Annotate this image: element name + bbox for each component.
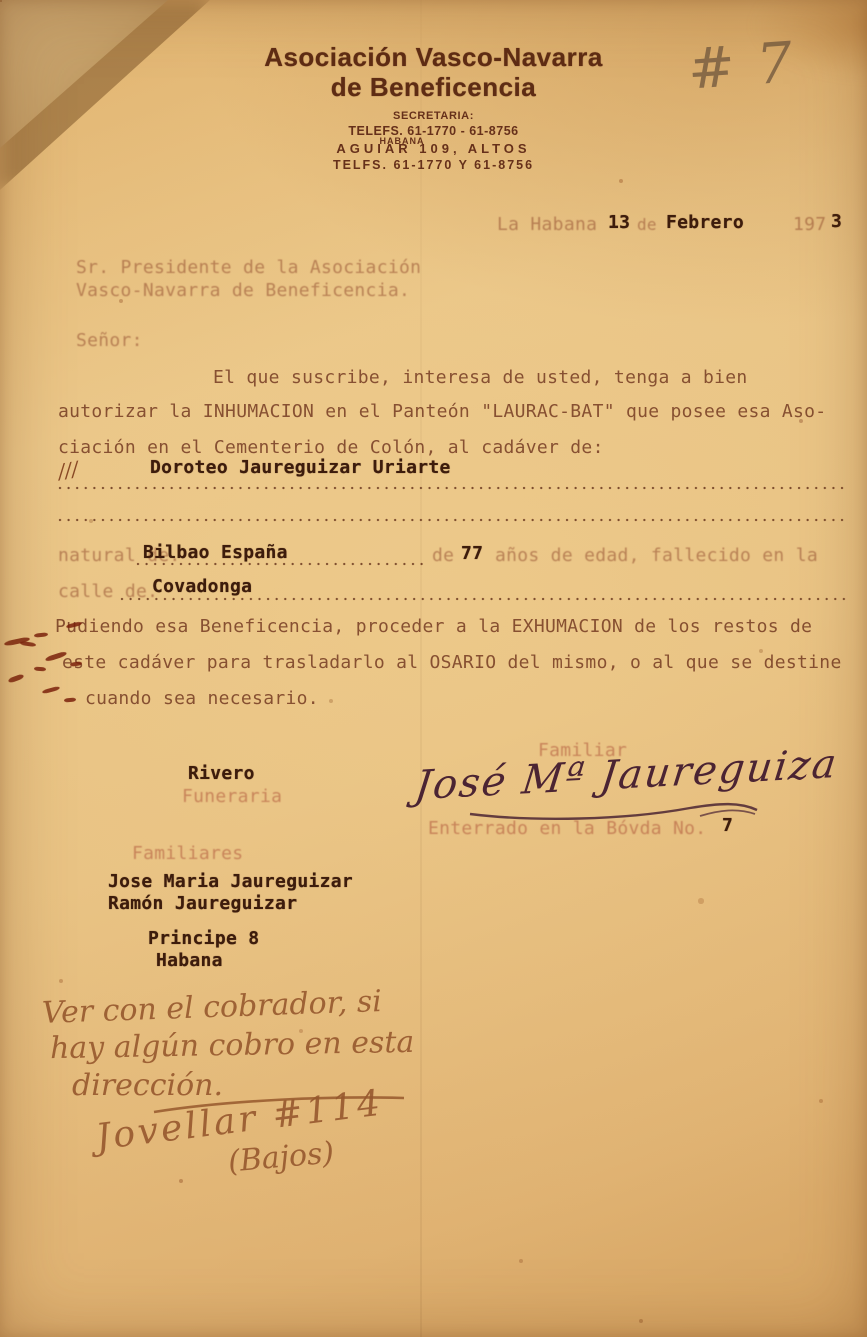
slash-marks-annotation: /// — [56, 456, 80, 483]
age-pre: de — [432, 545, 454, 566]
burial-note: Enterrado en la Bóvda No. — [428, 818, 706, 839]
body-p2-line3: cuando sea necesario. — [85, 688, 319, 709]
letterhead-phones-2: TELFS. 61-1770 Y 61-8756 — [0, 158, 867, 172]
relative-2: Ramón Jaureguizar — [108, 893, 297, 914]
body-p1-line2: autorizar la INHUMACION en el Panteón "L… — [58, 401, 826, 422]
body-p2-line1: Pudiendo esa Beneficencia, proceder a la… — [55, 616, 812, 637]
dateline-month: Febrero — [666, 212, 744, 233]
dateline-year-preprinted: 197 — [793, 214, 826, 235]
dotted-line-street — [120, 597, 846, 601]
deceased-name: Doroteo Jaureguizar Uriarte — [150, 457, 451, 478]
relatives-address-street: Principe 8 — [148, 928, 259, 949]
case-number-annotation: # 7 — [686, 30, 797, 102]
dotted-line-birthplace — [136, 562, 424, 566]
salutation: Señor: — [76, 330, 143, 351]
dateline-year-digit: 3 — [831, 211, 842, 232]
letterhead-address: AGUIAR 109, ALTOS HABANA — [0, 141, 867, 156]
handwritten-note-line1: Ver con el cobrador, si — [41, 984, 382, 1031]
body-p1-line3: ciación en el Cementerio de Colón, al ca… — [58, 437, 604, 458]
dotted-line-1 — [58, 486, 846, 490]
dateline-de: de — [637, 215, 657, 234]
letterhead-secretaria: SECRETARIA: — [0, 110, 867, 122]
handwritten-note-line5: (Bajos) — [227, 1135, 336, 1179]
body-p1-line1: El que suscribe, interesa de usted, teng… — [213, 367, 748, 388]
habana-stamp: HABANA — [380, 136, 425, 146]
age-value: 77 — [461, 543, 483, 564]
familiares-label: Familiares — [132, 843, 243, 864]
dateline-day: 13 — [608, 212, 630, 233]
recipient-line1: Sr. Presidente de la Asociación — [76, 257, 421, 278]
letterhead-address-text: AGUIAR 109, ALTOS — [336, 141, 530, 156]
funeraria-name: Rivero — [188, 763, 255, 784]
relatives-address-city: Habana — [156, 950, 223, 971]
dateline-place: La Habana — [497, 214, 597, 235]
birthplace: Bilbao España — [143, 542, 288, 563]
handwritten-note-line2: hay algún cobro en esta — [50, 1025, 415, 1066]
body-p2-line2: este cadáver para trasladarlo al OSARIO … — [62, 652, 842, 673]
street-name: Covadonga — [152, 576, 252, 597]
paper-speckles — [0, 0, 2, 2]
dotted-line-2 — [58, 518, 846, 522]
funeraria-label: Funeraria — [182, 786, 282, 807]
vault-number: 7 — [722, 815, 733, 836]
relative-1: Jose Maria Jaureguizar — [108, 871, 353, 892]
letterhead-phones-1: TELEFS. 61-1770 - 61-8756 — [0, 124, 867, 138]
letter-document: Asociación Vasco-Navarra de Beneficencia… — [0, 0, 867, 1337]
age-post: años de edad, fallecido en la — [495, 545, 818, 566]
recipient-line2: Vasco-Navarra de Beneficencia. — [76, 280, 410, 301]
